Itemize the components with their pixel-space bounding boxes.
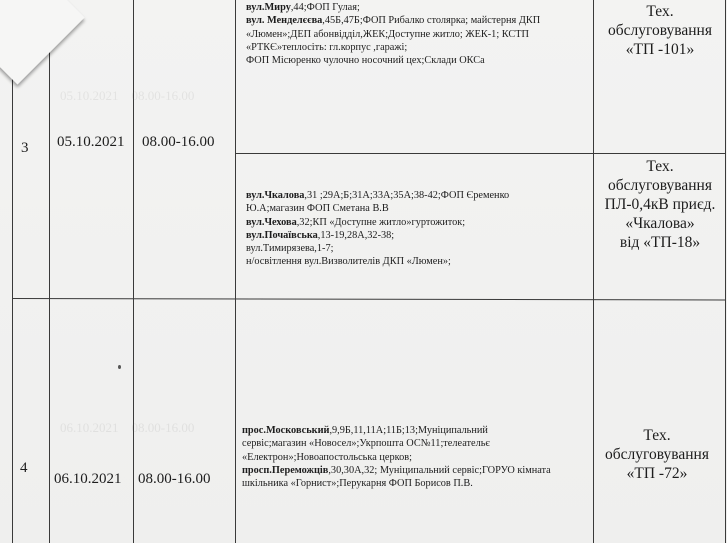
row3-subrow-divider <box>235 153 725 154</box>
row-divider <box>12 298 725 300</box>
text-line: «ТП -72» <box>592 464 722 483</box>
street-name: просп.Переможців <box>242 465 328 476</box>
text-line: обслуговування <box>595 21 725 40</box>
text-line: вул.Чехова,32;КП «Доступне житло»гуртожи… <box>246 216 509 229</box>
text-line: Тех. <box>595 157 725 176</box>
text-line: обслуговування <box>595 176 725 195</box>
text-line: прос.Московський,9,9Б,11,11А;11Б;13;Муні… <box>242 424 551 437</box>
address-detail: «Електрон»;Новоапостольська церков; <box>242 452 412 463</box>
folded-page-corner <box>0 0 85 85</box>
street-name: вул.Чехова <box>246 217 297 228</box>
text-line: вул. Менделєєва,45Б,47Б;ФОП Рибалко стол… <box>246 14 540 27</box>
address-detail: «РТКЄ»теплосіть: гл.корпус ,гаражі; <box>246 42 407 53</box>
text-line: «Електрон»;Новоапостольська церков; <box>242 451 551 464</box>
column-divider-time <box>235 0 236 543</box>
text-line: Ю.А;магазин ФОП Сметана В.В <box>246 202 509 215</box>
text-line: ФОП Місюренко чулочно носочний цех;Склад… <box>246 54 540 67</box>
street-name: вул.Чкалова <box>246 190 304 201</box>
scan-speck <box>118 365 121 369</box>
text-line: сервіс;магазин «Новосел»;Укрпошта ОС№11;… <box>242 437 551 450</box>
address-list: вул.Чкалова,31 ;29А;Б;31А;33А;35А;38-42;… <box>246 189 509 269</box>
address-detail: шкільника «Горнист»;Перукарня ФОП Борисо… <box>242 478 473 489</box>
text-line: вул.Миру,44;ФОП Гулая; <box>246 1 540 14</box>
address-list: прос.Московський,9,9Б,11,11А;11Б;13;Муні… <box>242 424 551 490</box>
row-time: 08.00-16.00 <box>142 134 215 151</box>
address-detail: н/освітлення вул.Визволителів ДКП «Люмен… <box>246 256 451 267</box>
text-line: «Чкалова» <box>595 214 725 233</box>
text-line: обслуговування <box>592 445 722 464</box>
address-detail: «Люмен»;ДЕП абонвідділ,ЖЕК;Доступне житл… <box>246 29 529 40</box>
text-line: вул.Тимирязева,1-7; <box>246 242 509 255</box>
address-detail: ,31 ;29А;Б;31А;33А;35А;38-42;ФОП Єременк… <box>304 190 509 201</box>
address-detail: ,44;ФОП Гулая; <box>291 2 360 13</box>
address-detail: ,9,9Б,11,11А;11Б;13;Муніципальний <box>329 425 487 436</box>
row-number: 3 <box>21 140 29 157</box>
text-line: «Люмен»;ДЕП абонвідділ,ЖЕК;Доступне житл… <box>246 28 540 41</box>
address-detail: сервіс;магазин «Новосел»;Укрпошта ОС№11;… <box>242 438 490 449</box>
address-detail: вул.Тимирязева,1-7; <box>246 243 333 254</box>
work-description: Тех.обслуговування«ТП -72» <box>592 426 722 483</box>
text-line: «РТКЄ»теплосіть: гл.корпус ,гаражі; <box>246 41 540 54</box>
row-time: 08.00-16.00 <box>138 471 211 488</box>
text-line: н/освітлення вул.Визволителів ДКП «Люмен… <box>246 255 509 268</box>
bleed-through-text: 05.10.2021 08.00-16.00 <box>60 88 194 104</box>
work-description: Тех.обслуговуванняПЛ-0,4кВ приєд.«Чкалов… <box>595 157 725 252</box>
address-detail: ,13-19,28А,32-38; <box>318 230 394 241</box>
text-line: Тех. <box>595 2 725 21</box>
text-line: ПЛ-0,4кВ приєд. <box>595 195 725 214</box>
address-detail: ,30,30А,32; Муніципальний сервіс;ГОРУО к… <box>328 465 550 476</box>
text-line: просп.Переможців,30,30А,32; Муніципальни… <box>242 464 551 477</box>
row-date: 06.10.2021 <box>54 471 122 488</box>
address-list: вул.Миру,44;ФОП Гулая;вул. Менделєєва,45… <box>246 1 540 67</box>
scanned-page: 05.10.2021 08.00-16.00 06.10.2021 08.00-… <box>0 0 727 543</box>
row-number: 4 <box>20 460 28 477</box>
text-line: шкільника «Горнист»;Перукарня ФОП Борисо… <box>242 477 551 490</box>
street-name: вул.Почаївська <box>246 230 318 241</box>
work-description: Тех.обслуговування«ТП -101» <box>595 2 725 59</box>
table-border-right <box>725 0 726 543</box>
address-detail: ФОП Місюренко чулочно носочний цех;Склад… <box>246 55 485 66</box>
bleed-through-text: 06.10.2021 08.00-16.00 <box>60 420 194 436</box>
column-divider-number <box>49 0 50 543</box>
text-line: «ТП -101» <box>595 40 725 59</box>
street-name: прос.Московський <box>242 425 329 436</box>
column-divider-date <box>133 0 134 543</box>
address-detail: Ю.А;магазин ФОП Сметана В.В <box>246 203 389 214</box>
street-name: вул. Менделєєва <box>246 15 322 26</box>
address-detail: ,32;КП «Доступне житло»гуртожиток; <box>297 217 465 228</box>
street-name: вул.Миру <box>246 2 291 13</box>
text-line: Тех. <box>592 426 722 445</box>
address-detail: ,45Б,47Б;ФОП Рибалко столярка; майстерня… <box>322 15 540 26</box>
text-line: вул.Чкалова,31 ;29А;Б;31А;33А;35А;38-42;… <box>246 189 509 202</box>
text-line: вул.Почаївська,13-19,28А,32-38; <box>246 229 509 242</box>
row-date: 05.10.2021 <box>57 134 125 151</box>
text-line: від «ТП-18» <box>595 233 725 252</box>
